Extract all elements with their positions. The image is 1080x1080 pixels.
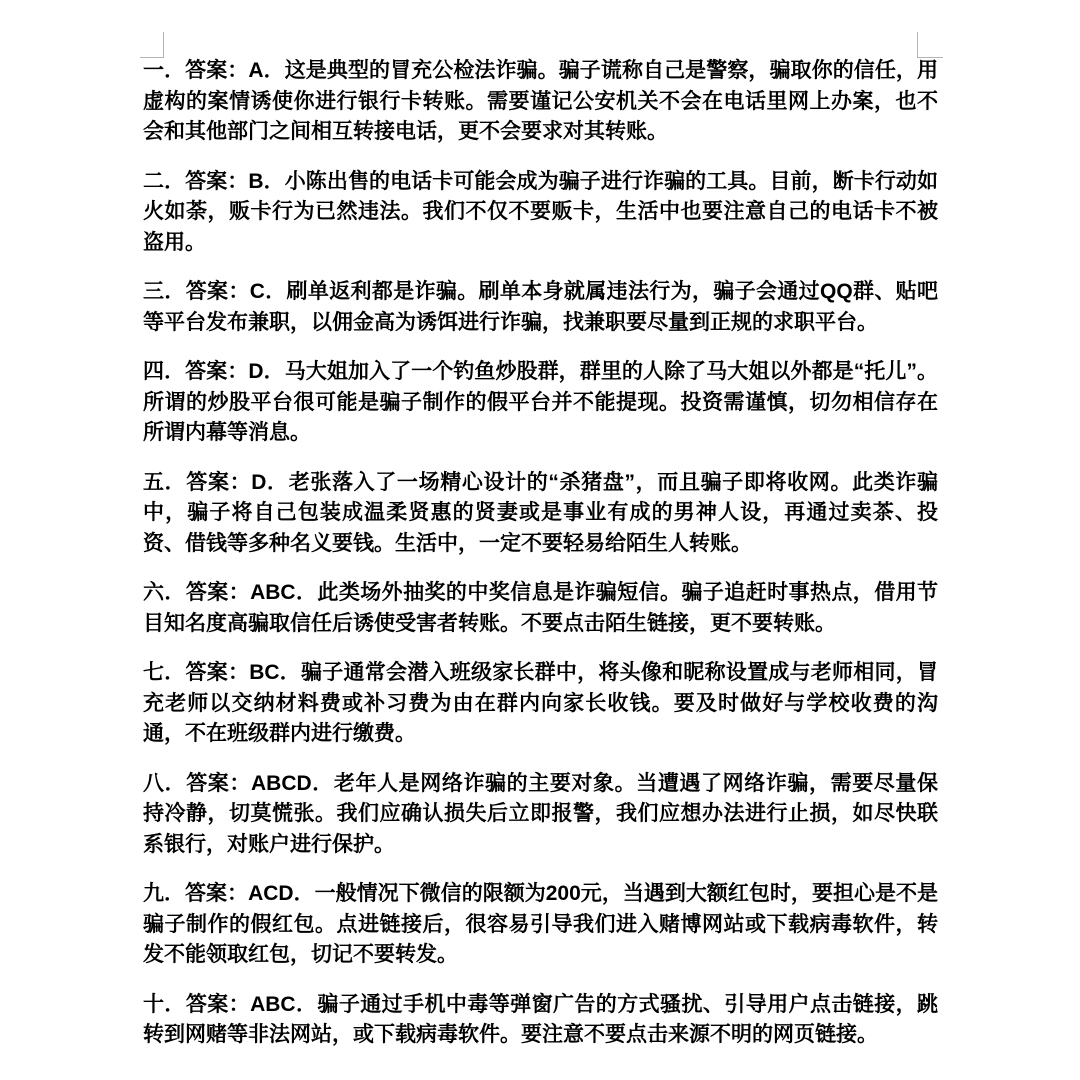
answer-label: 答案：	[186, 471, 251, 494]
answer-paragraph: 九．答案：ACD．一般情况下微信的限额为200元，当遇到大额红包时，要担心是不是…	[143, 879, 938, 971]
answer-number: 一．	[143, 59, 185, 82]
answer-paragraph: 七．答案：BC．骗子通常会潜入班级家长群中，将头像和昵称设置成与老师相同，冒充老…	[143, 658, 938, 750]
answer-choice: C．	[250, 280, 287, 303]
answer-paragraph: 八．答案：ABCD．老年人是网络诈骗的主要对象。当遭遇了网络诈骗，需要尽量保持冷…	[143, 769, 938, 861]
answer-number: 八．	[143, 772, 186, 795]
answer-label: 答案：	[186, 280, 250, 303]
answers-list: 一．答案：A．这是典型的冒充公检法诈骗。骗子谎称自己是警察，骗取你的信任，用虚构…	[143, 56, 938, 1051]
answer-number: 四．	[143, 360, 185, 383]
answer-number: 二．	[143, 170, 185, 193]
document-page: 一．答案：A．这是典型的冒充公检法诈骗。骗子谎称自己是警察，骗取你的信任，用虚构…	[0, 0, 1080, 1080]
answer-number: 七．	[143, 661, 185, 684]
answer-choice: D．	[248, 360, 284, 383]
answer-label: 答案：	[185, 360, 248, 383]
answer-choice: D．	[251, 471, 288, 494]
answer-label: 答案：	[185, 59, 248, 82]
answer-number: 三．	[143, 280, 186, 303]
answer-label: 答案：	[185, 170, 248, 193]
answer-paragraph: 六．答案：ABC．此类场外抽奖的中奖信息是诈骗短信。骗子追赶时事热点，借用节目知…	[143, 578, 938, 639]
answer-number: 九．	[143, 882, 185, 905]
answer-label: 答案：	[186, 993, 250, 1016]
answer-choice: A．	[248, 59, 284, 82]
answer-paragraph: 三．答案：C．刷单返利都是诈骗。刷单本身就属违法行为，骗子会通过QQ群、贴吧等平…	[143, 277, 938, 338]
answer-choice: B．	[248, 170, 284, 193]
answer-choice: ABC．	[250, 581, 317, 604]
answer-number: 六．	[143, 581, 186, 604]
answer-label: 答案：	[185, 661, 249, 684]
answer-choice: BC．	[249, 661, 301, 684]
answer-number: 五．	[143, 471, 186, 494]
answer-paragraph: 二．答案：B．小陈出售的电话卡可能会成为骗子进行诈骗的工具。目前，断卡行动如火如…	[143, 167, 938, 259]
answer-label: 答案：	[186, 772, 251, 795]
answer-label: 答案：	[185, 882, 248, 905]
answer-choice: ACD．	[248, 882, 315, 905]
answer-choice: ABCD．	[251, 772, 334, 795]
page-corner-mark-top-left	[140, 32, 164, 58]
page-corner-mark-top-right	[917, 32, 943, 58]
answer-paragraph: 四．答案：D．马大姐加入了一个钓鱼炒股群，群里的人除了马大姐以外都是“托儿”。所…	[143, 357, 938, 449]
answer-label: 答案：	[186, 581, 250, 604]
answer-number: 十．	[143, 993, 186, 1016]
answer-paragraph: 一．答案：A．这是典型的冒充公检法诈骗。骗子谎称自己是警察，骗取你的信任，用虚构…	[143, 56, 938, 148]
answer-paragraph: 五．答案：D．老张落入了一场精心设计的“杀猪盘”，而且骗子即将收网。此类诈骗中，…	[143, 468, 938, 560]
answer-paragraph: 十．答案：ABC．骗子通过手机中毒等弹窗广告的方式骚扰、引导用户点击链接，跳转到…	[143, 990, 938, 1051]
answer-choice: ABC．	[250, 993, 317, 1016]
